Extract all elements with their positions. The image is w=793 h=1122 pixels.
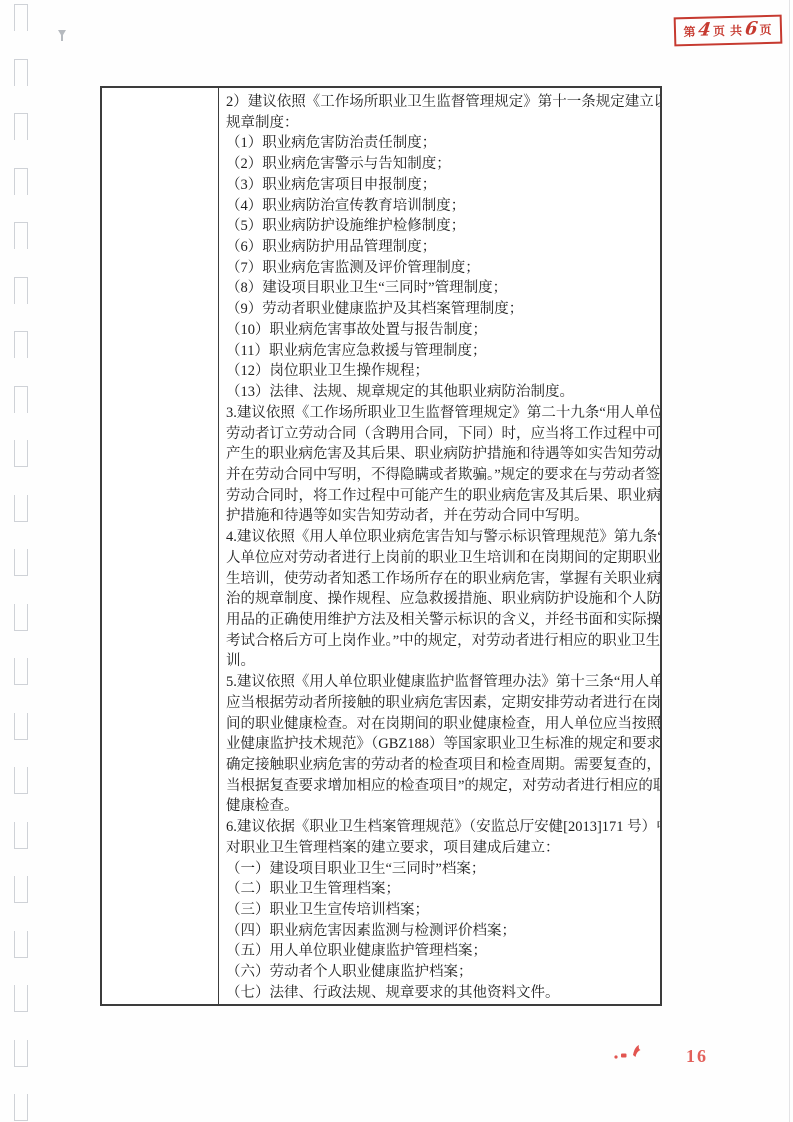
text-line: 应当根据劳动者所接触的职业病危害因素，定期安排劳动者进行在岗期 [226,693,657,714]
binding-hole-mark [14,931,28,958]
text-line: （二）职业卫生管理档案； [226,879,657,900]
text-line: 4.建议依照《用人单位职业病危害告知与警示标识管理规范》第九条“用 [226,527,657,548]
binding-hole-mark [14,168,28,195]
text-line: 5.建议依照《用人单位职业健康监护监督管理办法》第十三条“用人单位 [226,672,657,693]
text-line: （2）职业病危害警示与告知制度； [226,154,657,175]
text-line: 3.建议依照《工作场所职业卫生监督管理规定》第二十九条“用人单位与 [226,403,657,424]
binding-hole-mark [14,440,28,467]
binding-hole-mark [14,876,28,903]
text-line: （8）建设项目职业卫生“三同时”管理制度； [226,278,657,299]
text-line: （一）建设项目职业卫生“三同时”档案； [226,859,657,880]
stamp-page-number: 4 [698,21,713,39]
text-line: （4）职业病防治宣传教育培训制度； [226,196,657,217]
page-number: 16 [686,1046,708,1067]
binding-hole-mark [14,4,28,31]
table-content-cell: 2）建议依照《工作场所职业卫生监督管理规定》第十一条规定建立以下规章制度：（1）… [219,88,660,1004]
text-line: （7）职业病危害监测及评价管理制度； [226,258,657,279]
binding-hole-mark [14,822,28,849]
text-line: 健康检查。 [226,796,657,817]
text-line: 用品的正确使用维护方法及相关警示标识的含义，并经书面和实际操作 [226,610,657,631]
text-line: 人单位应对劳动者进行上岗前的职业卫生培训和在岗期间的定期职业卫 [226,548,657,569]
text-line: （10）职业病危害事故处置与报告制度； [226,320,657,341]
funnel-mark-icon [56,29,68,48]
red-check-mark [611,1042,649,1067]
text-line: 劳动合同时，将工作过程中可能产生的职业病危害及其后果、职业病防 [226,486,657,507]
text-line: 劳动者订立劳动合同（含聘用合同，下同）时，应当将工作过程中可能 [226,424,657,445]
text-line: 并在劳动合同中写明，不得隐瞒或者欺骗。”规定的要求在与劳动者签订 [226,465,657,486]
text-line: 对职业卫生管理档案的建立要求，项目建成后建立： [226,838,657,859]
table-left-cell [102,88,219,1004]
binding-hole-mark [14,549,28,576]
text-line: 产生的职业病危害及其后果、职业病防护措施和待遇等如实告知劳动者， [226,444,657,465]
text-line: （七）法律、行政法规、规章要求的其他资料文件。 [226,983,657,1004]
page-stamp: 第 4 页 共 6 页 [674,15,783,47]
text-line: 生培训，使劳动者知悉工作场所存在的职业病危害，掌握有关职业病防 [226,569,657,590]
text-line: 2）建议依照《工作场所职业卫生监督管理规定》第十一条规定建立以下 [226,92,657,113]
text-line: （6）职业病防护用品管理制度； [226,237,657,258]
text-line: （9）劳动者职业健康监护及其档案管理制度； [226,299,657,320]
binding-hole-mark [14,277,28,304]
text-line: （13）法律、法规、规章规定的其他职业病防治制度。 [226,382,657,403]
text-line: 业健康监护技术规范》（GBZ188）等国家职业卫生标准的规定和要求， [226,734,657,755]
binding-hole-mark [14,386,28,413]
stamp-middle-label: 页 共 [713,22,743,40]
text-line: （11）职业病危害应急救援与管理制度； [226,341,657,362]
text-line: （六）劳动者个人职业健康监护档案； [226,962,657,983]
stamp-suffix-label: 页 [759,21,772,38]
scan-edge-line [789,0,790,1122]
text-line: （5）职业病防护设施维护检修制度； [226,216,657,237]
stamp-prefix-label: 第 [683,23,696,40]
binding-hole-mark [14,222,28,249]
text-line: （3）职业病危害项目申报制度； [226,175,657,196]
text-line: （1）职业病危害防治责任制度； [226,133,657,154]
text-line: 当根据复查要求增加相应的检查项目”的规定，对劳动者进行相应的职业 [226,776,657,797]
binding-hole-mark [14,495,28,522]
recommendations-table: 2）建议依照《工作场所职业卫生监督管理规定》第十一条规定建立以下规章制度：（1）… [100,86,662,1006]
binding-hole-mark [14,331,28,358]
binding-hole-mark [14,713,28,740]
binding-hole-mark [14,1094,28,1121]
binding-hole-mark [14,604,28,631]
text-line: （三）职业卫生宣传培训档案； [226,900,657,921]
text-line: 训。 [226,651,657,672]
text-line: 考试合格后方可上岗作业。”中的规定，对劳动者进行相应的职业卫生培 [226,631,657,652]
binding-hole-mark [14,113,28,140]
binding-hole-mark [14,658,28,685]
text-line: 治的规章制度、操作规程、应急救援措施、职业病防护设施和个人防护 [226,589,657,610]
stamp-total-number: 6 [744,20,759,38]
text-line: 护措施和待遇等如实告知劳动者，并在劳动合同中写明。 [226,506,657,527]
text-line: （12）岗位职业卫生操作规程； [226,361,657,382]
binding-hole-mark [14,767,28,794]
text-line: 间的职业健康检查。对在岗期间的职业健康检查，用人单位应当按照《职 [226,714,657,735]
binding-hole-mark [14,1040,28,1067]
text-line: 规章制度： [226,113,657,134]
text-line: 6.建议依据《职业卫生档案管理规范》（安监总厅安健[2013]171 号）中 [226,817,657,838]
binding-hole-mark [14,59,28,86]
text-line: 确定接触职业病危害的劳动者的检查项目和检查周期。需要复查的，应 [226,755,657,776]
text-line: （五）用人单位职业健康监护管理档案； [226,941,657,962]
binding-hole-mark [14,985,28,1012]
text-line: （四）职业病危害因素监测与检测评价档案； [226,921,657,942]
binding-marks-column [14,4,30,1118]
